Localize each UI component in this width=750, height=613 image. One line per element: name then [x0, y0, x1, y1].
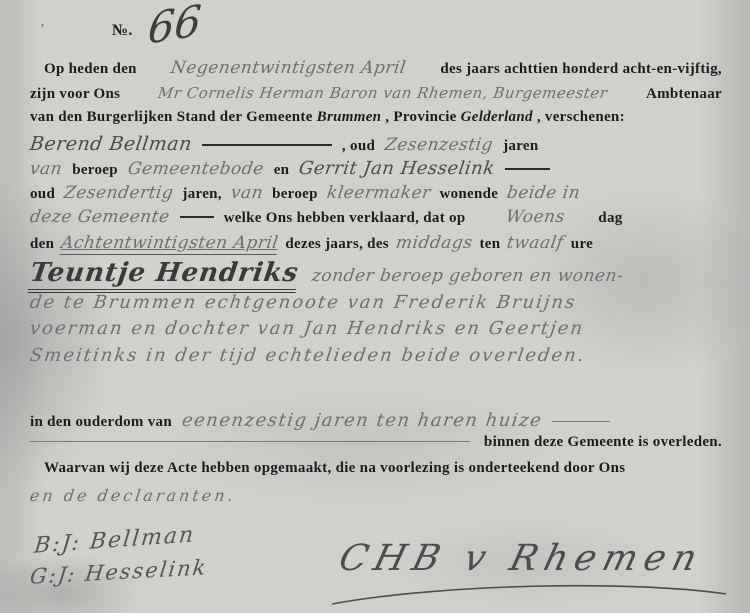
printed-province: Gelderland [461, 109, 533, 126]
form-line-6: oud Zesendertig jaren, van beroep kleerm… [30, 183, 722, 203]
record-number-value: 66 [146, 0, 203, 54]
signature-bellman: B:J: Bellman [33, 522, 197, 559]
printed-text: Waarvan wij deze Acte hebben opgemaakt, … [44, 460, 625, 477]
printed-text: in den ouderdom van [30, 414, 172, 431]
printed-text: den [30, 236, 54, 253]
form-line-11: voerman en dochter van Jan Hendriks en G… [30, 318, 722, 339]
filler-rule [30, 441, 470, 442]
form-line-3: van den Burgerlijken Stand der Gemeente … [30, 109, 722, 126]
form-line-5: van beroep Gemeentebode en Gerrit Jan He… [30, 158, 722, 179]
form-line-1: Op heden den Negenentwintigsten April de… [30, 58, 722, 78]
printed-municipality: Brummen [317, 109, 382, 126]
printed-text: , Provincie [385, 109, 456, 126]
signature-burgemeester: CHB v Rhemen [335, 538, 708, 579]
handwritten-text: zonder beroep geboren en wonen- [311, 266, 625, 286]
printed-text: , oud [342, 138, 375, 155]
form-line-13: in den ouderdom van eenenzestig jaren te… [30, 410, 722, 431]
printed-text: dag [598, 210, 622, 227]
printed-text: zijn voor Ons [30, 86, 120, 103]
printed-text: beroep [272, 186, 318, 203]
form-line-15: Waarvan wij deze Acte hebben opgemaakt, … [30, 460, 722, 477]
handwritten-text: van [29, 159, 64, 179]
printed-text: welke Ons hebben verklaard, dat op [224, 210, 466, 227]
form-line-4: Berend Bellman , oud Zesenzestig jaren [30, 133, 722, 155]
printed-text: Op heden den [44, 61, 137, 78]
printed-text: oud [30, 186, 55, 203]
handwritten-date: Negenentwintigsten April [170, 58, 408, 78]
handwritten-text: de te Brummen echtgenoote van Frederik B… [29, 292, 578, 313]
form-line-9: Teuntje Hendriks zonder beroep geboren e… [30, 258, 722, 293]
handwritten-text: deze Gemeente [29, 207, 171, 227]
form-line-14: binnen deze Gemeente is overleden. [30, 434, 722, 451]
handwritten-occupation: Gemeentebode [126, 159, 265, 179]
filler-rule [202, 144, 332, 146]
form-line-12: Smeitinks in der tijd echtelieden beide … [30, 345, 722, 366]
filler-rule [505, 168, 550, 170]
signature-flourish [330, 580, 730, 610]
handwritten-declarant1-name: Berend Bellman [28, 133, 193, 155]
handwritten-official-name: Mr Cornelis Herman Baron van Rhemen, Bur… [157, 84, 609, 102]
handwritten-occupation: kleermaker [325, 183, 432, 203]
handwritten-text: middags [395, 233, 474, 253]
printed-text: , verschenen: [537, 109, 625, 126]
handwritten-death-date: Achtentwintigsten April [60, 233, 280, 255]
printed-text: jaren [503, 138, 538, 155]
signature-hesselink: G:J: Hesselink [29, 555, 209, 588]
printed-text: ure [571, 236, 593, 253]
printed-text: des jaars achttien honderd acht-en-vijft… [440, 61, 722, 78]
handwritten-text: Smeitinks in der tijd echtelieden beide … [29, 345, 587, 366]
form-line-2: zijn voor Ons Mr Cornelis Herman Baron v… [30, 84, 722, 103]
handwritten-deceased-name: Teuntje Hendriks [28, 258, 301, 293]
paper-speck: ’ [40, 22, 45, 38]
handwritten-age: Zesenzestig [384, 135, 495, 155]
form-line-16: en de declaranten. [30, 486, 722, 505]
filler-rule [552, 421, 610, 422]
handwritten-text: van [229, 183, 264, 203]
form-line-10: de te Brummen echtgenoote van Frederik B… [30, 292, 722, 313]
handwritten-declarant2-name: Gerrit Jan Hesselink [298, 158, 497, 179]
handwritten-age: Zesendertig [63, 183, 175, 203]
printed-text: dezes jaars, des [285, 236, 389, 253]
printed-text: beroep [72, 162, 118, 179]
printed-text: jaren, [182, 186, 221, 203]
printed-text: ten [480, 236, 501, 253]
filler-rule [180, 216, 214, 218]
handwritten-hour: twaalf [506, 233, 565, 253]
handwritten-text: voerman en dochter van Jan Hendriks en G… [29, 318, 586, 339]
printed-text: wonende [439, 186, 498, 203]
handwritten-text: beide in [506, 183, 582, 203]
handwritten-weekday: Woens [504, 207, 566, 227]
printed-text: van den Burgerlijken Stand der Gemeente [30, 109, 313, 126]
printed-text: binnen deze Gemeente is overleden. [484, 434, 722, 451]
form-line-8: den Achtentwintigsten April dezes jaars,… [30, 233, 722, 255]
form-line-7: deze Gemeente welke Ons hebben verklaard… [30, 207, 722, 227]
handwritten-text: en de declaranten. [29, 486, 237, 505]
printed-text: Ambtenaar [646, 86, 722, 103]
printed-text: en [274, 162, 290, 179]
death-record-scan: ’ №. 66 Op heden den Negenentwintigsten … [0, 0, 750, 613]
record-number-label: №. [112, 22, 133, 40]
handwritten-age-at-death: eenenzestig jaren ten haren huize [181, 410, 544, 431]
